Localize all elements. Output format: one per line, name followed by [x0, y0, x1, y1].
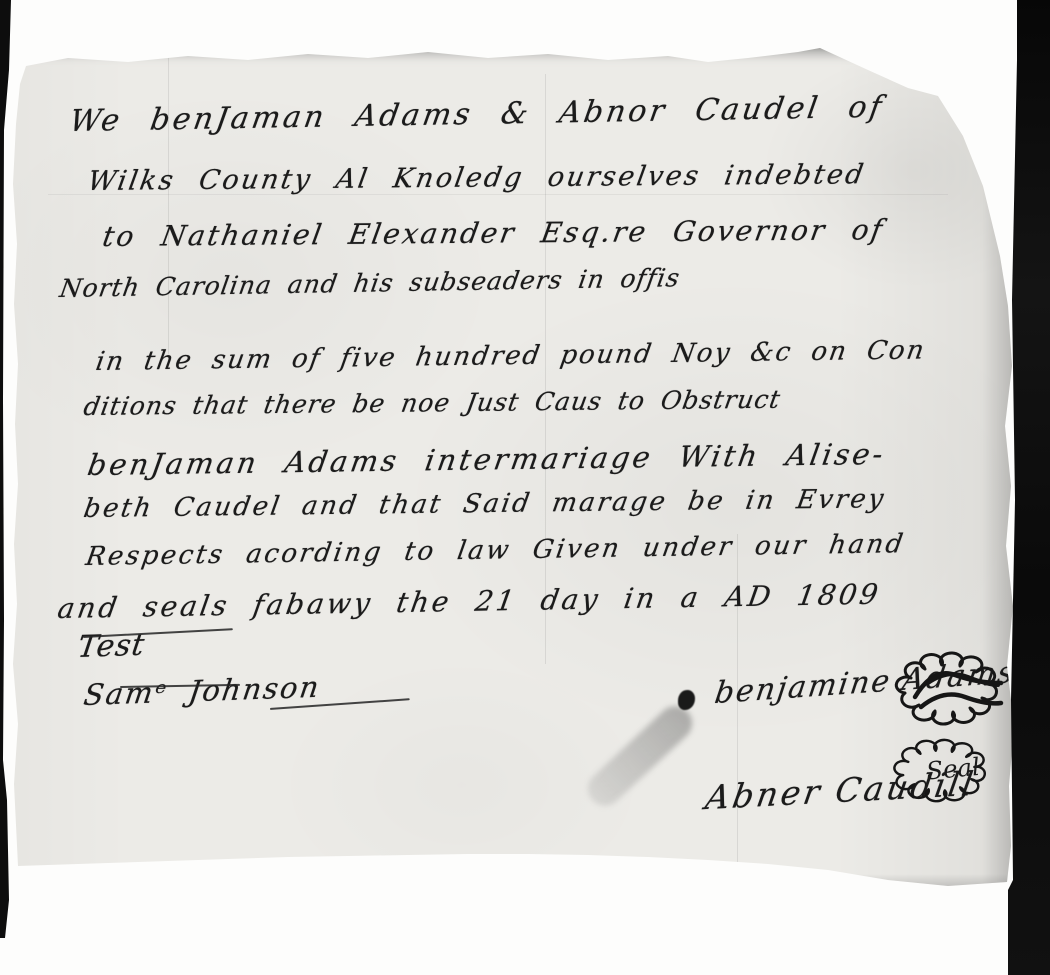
scanned-document: We benJaman Adams & Abnor Caudel of Wilk… [0, 0, 1050, 975]
bond-text-line-2: Wilks County Al Knoledg ourselves indebt… [85, 159, 868, 197]
bond-text-line-7: benJaman Adams intermariage With Alise- [85, 437, 888, 482]
bond-text-line-9: Respects acording to law Given under our… [84, 529, 908, 572]
bond-text-line-4: North Carolina and his subseaders in off… [58, 263, 683, 303]
seal-scribble [893, 644, 1023, 736]
witness-signature: Samᵉ Johnson [82, 670, 323, 712]
bond-text-line-5: in the sum of five hundred pound Noy &c … [94, 335, 928, 377]
fold-crease-vertical-1 [168, 54, 169, 354]
scan-edge-right [1005, 0, 1050, 975]
torn-top-edge-shadow [8, 44, 1016, 66]
ink-smudge [581, 699, 699, 813]
paper-sheet: We benJaman Adams & Abnor Caudel of Wilk… [8, 44, 1016, 886]
ink-speck [963, 86, 985, 111]
bond-text-line-1: We benJaman Adams & Abnor Caudel of [67, 90, 886, 139]
seal-label: Seal [925, 752, 981, 786]
bond-text-line-6: ditions that there be noe Just Caus to O… [82, 385, 783, 421]
bond-text-line-8: beth Caudel and that Said marage be in E… [82, 484, 888, 524]
ink-blot [678, 690, 695, 710]
paper-bottom-edge-shadow [8, 874, 1016, 886]
bond-text-line-10: and seals fabawy the 21 day in a AD 1809 [55, 578, 883, 625]
seal-stamp: Seal [892, 738, 1014, 798]
bond-text-line-3: to Nathaniel Elexander Esq.re Governor o… [100, 213, 887, 253]
scan-edge-left [0, 0, 12, 940]
